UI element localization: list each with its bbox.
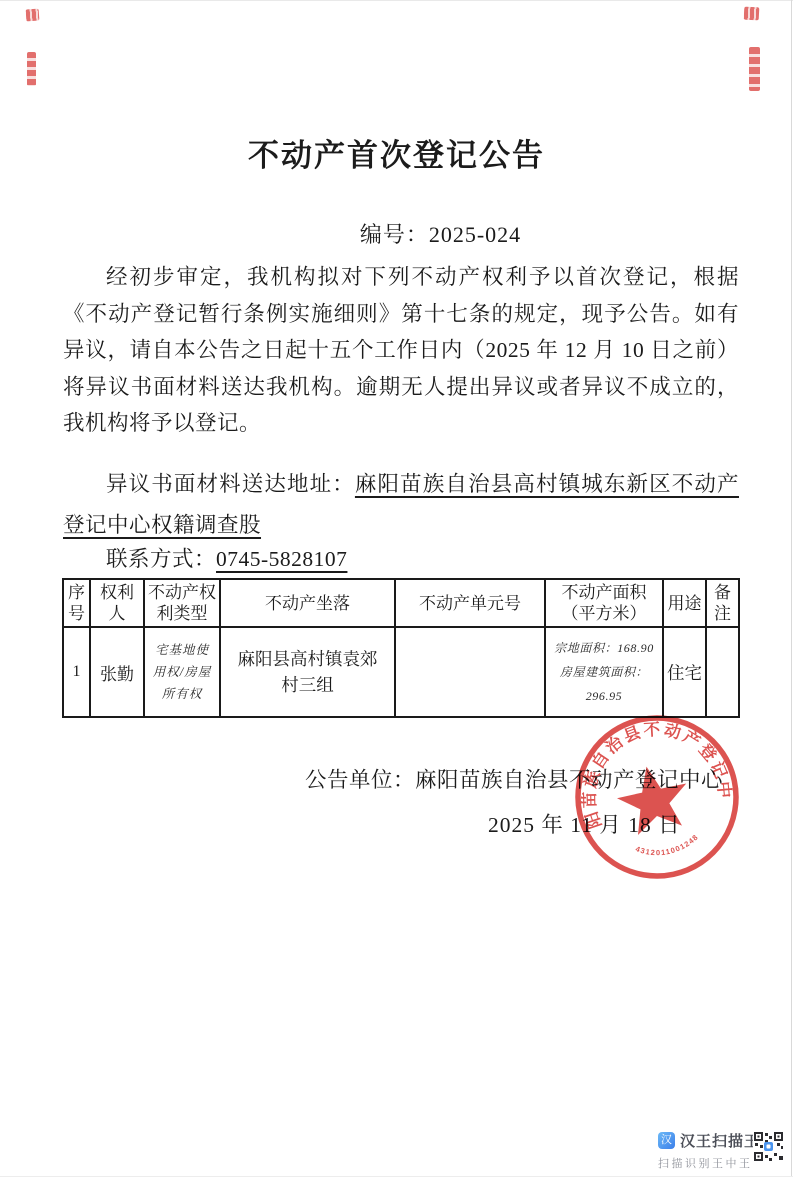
objection-address-label: 异议书面材料送达地址： bbox=[106, 472, 355, 496]
cell-remark bbox=[706, 627, 739, 717]
objection-address-line: 异议书面材料送达地址：麻阳苗族自治县高村镇城东新区不动产登记中心权籍调查股 bbox=[63, 464, 739, 546]
document-title: 不动产首次登记公告 bbox=[0, 130, 793, 175]
header-right-type: 不动产权利类型 bbox=[144, 579, 220, 627]
header-usage: 用途 bbox=[663, 579, 706, 627]
header-area: 不动产面积（平方米） bbox=[545, 579, 663, 627]
scanner-watermark: 汉 汉王扫描王 扫描识别王中王 bbox=[658, 1130, 788, 1171]
announcing-unit-line: 公告单位：麻阳苗族自治县不动产登记中心 bbox=[305, 763, 723, 794]
cell-usage: 住宅 bbox=[663, 627, 706, 717]
qr-code-icon bbox=[753, 1131, 784, 1162]
header-remark: 备注 bbox=[706, 579, 739, 627]
announcement-body: 经初步审定，我机构拟对下列不动产权利予以首次登记，根据《不动产登记暂行条例实施细… bbox=[63, 259, 739, 442]
header-holder: 权利人 bbox=[90, 579, 144, 627]
cell-seq: 1 bbox=[63, 627, 90, 717]
cell-right-type: 宅基地使用权/房屋所有权 bbox=[144, 627, 220, 717]
contact-label: 联系方式： bbox=[106, 547, 216, 571]
official-seal: 麻阳苗族自治县不动产登记中心 4312011001248 bbox=[569, 709, 745, 885]
header-unit-no: 不动产单元号 bbox=[395, 579, 545, 627]
scanner-app-name: 汉王扫描王 bbox=[680, 1130, 760, 1151]
area-line-2: 房屋建筑面积： bbox=[552, 660, 656, 684]
contact-value: 0745-5828107 bbox=[216, 547, 347, 571]
area-line-3: 296.95 bbox=[552, 684, 656, 708]
red-corner-mark-top-left-1 bbox=[26, 9, 40, 22]
cell-area: 宗地面积：168.90 房屋建筑面积： 296.95 bbox=[545, 627, 663, 717]
cell-holder: 张勤 bbox=[90, 627, 144, 717]
red-corner-mark-top-right-1 bbox=[744, 7, 760, 21]
header-seq: 序号 bbox=[63, 579, 90, 627]
table-row: 1 张勤 宅基地使用权/房屋所有权 麻阳县高村镇袁郊村三组 宗地面积：168.9… bbox=[63, 627, 739, 717]
cell-unit-no bbox=[395, 627, 545, 717]
scanner-app-icon: 汉 bbox=[658, 1132, 675, 1149]
document-number: 编号：2025-024 bbox=[0, 218, 793, 249]
scan-edge-top bbox=[0, 0, 793, 1]
scan-edge-right bbox=[791, 0, 792, 1177]
header-location: 不动产坐落 bbox=[220, 579, 395, 627]
contact-line: 联系方式：0745-5828107 bbox=[63, 542, 739, 573]
red-corner-mark-top-right-2 bbox=[749, 47, 760, 91]
table-header-row: 序号 权利人 不动产权利类型 不动产坐落 不动产单元号 不动产面积（平方米） 用… bbox=[63, 579, 739, 627]
announcement-date: 2025 年 11 月 18 日 bbox=[488, 808, 681, 839]
area-line-1: 宗地面积：168.90 bbox=[552, 636, 656, 660]
red-corner-mark-top-left-2 bbox=[27, 52, 36, 86]
registration-table: 序号 权利人 不动产权利类型 不动产坐落 不动产单元号 不动产面积（平方米） 用… bbox=[62, 578, 740, 718]
cell-location: 麻阳县高村镇袁郊村三组 bbox=[220, 627, 395, 717]
